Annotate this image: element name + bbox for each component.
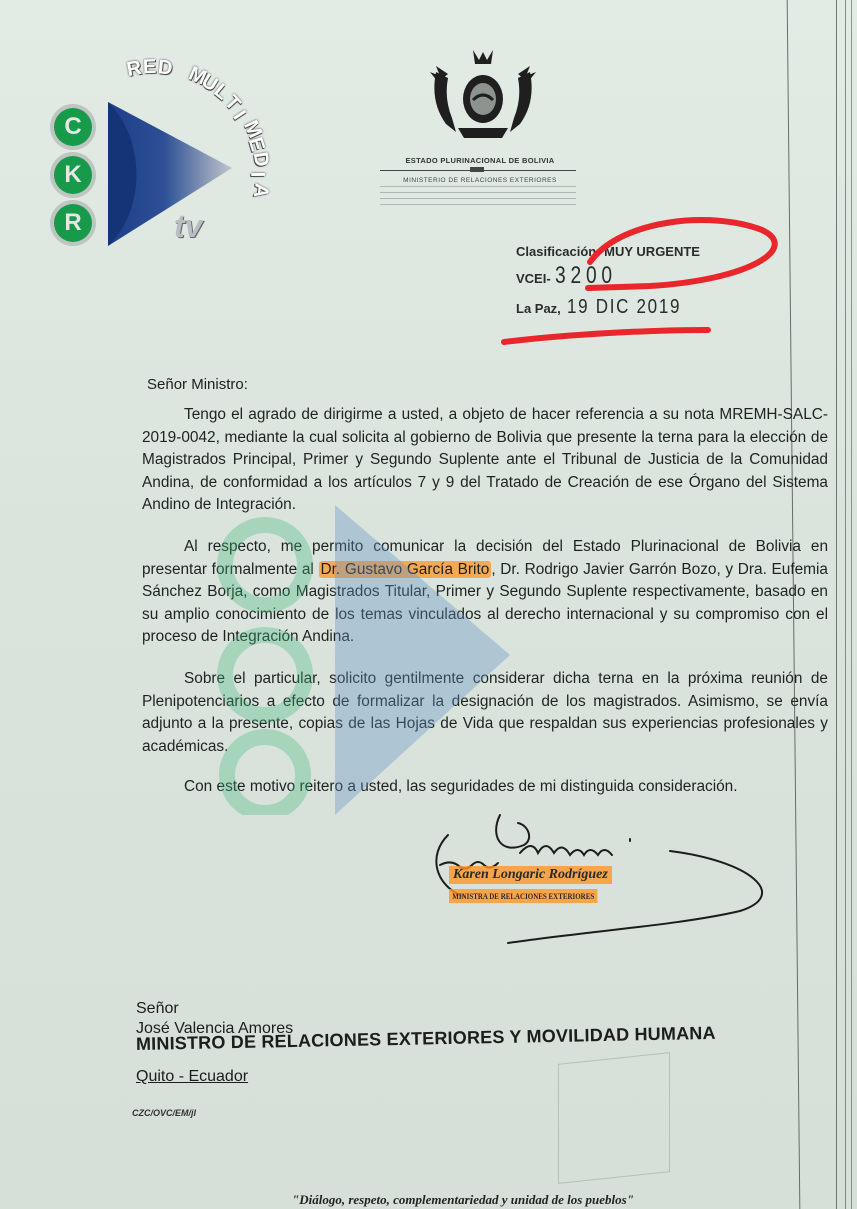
paragraph-text: Tengo el agrado de dirigirme a usted, a … (142, 406, 828, 513)
logo-letter-c: C (50, 104, 96, 150)
letterhead-subtitle: MINISTERIO DE RELACIONES EXTERIORES (380, 177, 580, 184)
page-edge-line (845, 0, 846, 1209)
page-edge-line (836, 0, 837, 1209)
highlighted-name: Dr. Gustavo García Brito (319, 561, 492, 578)
broadcaster-logo: C K R tv RED MULTIMEDIA (46, 44, 296, 254)
letterhead-fine-print (380, 186, 576, 208)
logo-letter-k: K (50, 152, 96, 198)
footer-motto: "Diálogo, respeto, complementariedad y u… (292, 1192, 634, 1208)
logo-tv: tv (174, 208, 202, 245)
paragraph-4: Con este motivo reitero a usted, las seg… (142, 776, 828, 799)
signer-name: Karen Longaric Rodríguez (449, 866, 612, 884)
faint-stamp (558, 1052, 670, 1184)
classification: Clasificación: MUY URGENTE (516, 244, 700, 259)
logo-letter-r: R (50, 200, 96, 246)
drafter-initials: CZC/OVC/EM/jl (132, 1108, 196, 1118)
letterhead-mark (470, 167, 484, 172)
paragraph-text: Sobre el particular, solicito gentilment… (142, 670, 828, 755)
date-stamp: 19 DIC 2019 (567, 296, 681, 319)
paragraph-1: Tengo el agrado de dirigirme a usted, a … (142, 404, 828, 517)
addressee-honorific: Señor (136, 1000, 179, 1018)
classification-value: MUY URGENTE (604, 244, 700, 259)
bolivia-coat-of-arms-icon (418, 44, 548, 144)
paragraph-2: Al respecto, me permito comunicar la dec… (142, 536, 828, 649)
classification-label: Clasificación: (516, 244, 601, 259)
letterhead-title: ESTADO PLURINACIONAL DE BOLIVIA (380, 156, 580, 165)
addressee-location: Quito - Ecuador (136, 1068, 248, 1086)
reference-code-number: 3200 (555, 262, 617, 290)
reference-code: VCEI- 3200 (516, 262, 632, 290)
place: La Paz, (516, 301, 561, 316)
letter-date: La Paz, 19 DIC 2019 (516, 296, 701, 319)
page-edge-line (851, 0, 852, 1209)
paragraph-3: Sobre el particular, solicito gentilment… (142, 668, 828, 758)
paragraph-text: Con este motivo reitero a usted, las seg… (184, 778, 738, 795)
salutation: Señor Ministro: (147, 376, 248, 393)
document-page: ESTADO PLURINACIONAL DE BOLIVIA MINISTER… (0, 0, 857, 1209)
reference-code-prefix: VCEI- (516, 271, 551, 286)
signer-title: MINISTRA DE RELACIONES EXTERIORES (449, 889, 598, 903)
